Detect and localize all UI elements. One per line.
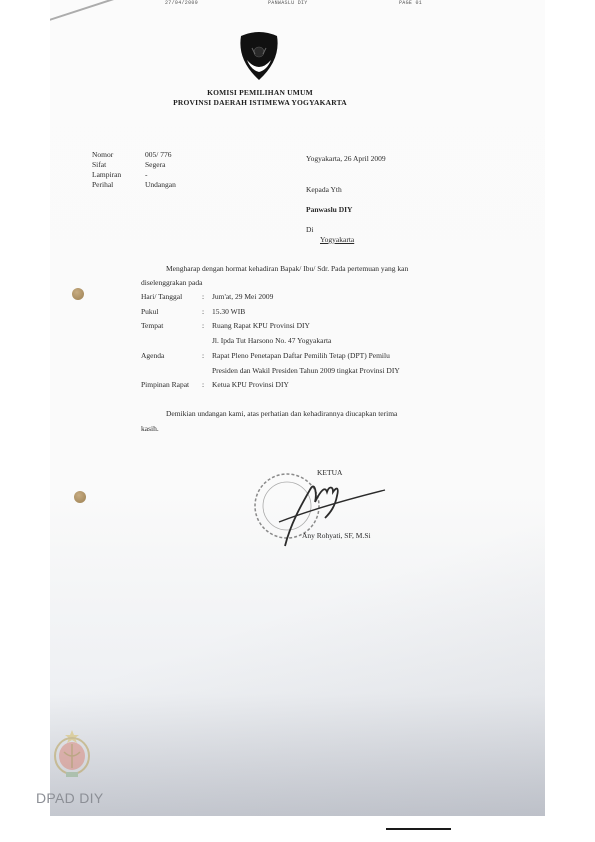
detail-label-time: Pukul bbox=[141, 307, 159, 316]
kpu-emblem-icon bbox=[237, 30, 281, 82]
closing-line-1: Demikian undangan kami, atas perhatian d… bbox=[166, 409, 397, 418]
detail-value-time: 15.30 WIB bbox=[212, 307, 245, 316]
detail-label-chair: Pimpinan Rapat bbox=[141, 380, 189, 389]
detail-sep-place: : bbox=[202, 321, 204, 330]
meta-label-perihal: Perihal bbox=[92, 180, 113, 189]
fax-header-date: 27/04/2009 bbox=[165, 0, 198, 6]
meta-value-perihal: Undangan bbox=[145, 180, 176, 189]
recipient-salutation: Kepada Yth bbox=[306, 185, 342, 194]
detail-sep-chair: : bbox=[202, 380, 204, 389]
opening-line-1: Mengharap dengan hormat kehadiran Bapak/… bbox=[166, 264, 408, 273]
scanned-document-page: 27/04/2009 PANWASLU DIY PAGE 01 KOMISI P… bbox=[50, 0, 545, 816]
detail-value-agenda-cont: Presiden dan Wakil Presiden Tahun 2009 t… bbox=[212, 366, 400, 375]
detail-value-agenda: Rapat Pleno Penetapan Daftar Pemilih Tet… bbox=[212, 351, 390, 360]
punch-hole-top bbox=[72, 288, 84, 300]
detail-value-place: Ruang Rapat KPU Provinsi DIY bbox=[212, 321, 310, 330]
fax-header-page: PAGE 01 bbox=[399, 0, 422, 6]
detail-label-place: Tempat bbox=[141, 321, 163, 330]
meta-label-sifat: Sifat bbox=[92, 160, 106, 169]
opening-line-2: diselenggrakan pada bbox=[141, 278, 202, 287]
scan-shading bbox=[50, 0, 545, 816]
fax-header-sender: PANWASLU DIY bbox=[268, 0, 308, 6]
detail-value-place-address: Jl. Ipda Tut Harsono No. 47 Yogyakarta bbox=[212, 336, 331, 345]
meta-value-sifat: Segera bbox=[145, 160, 165, 169]
meta-label-lampiran: Lampiran bbox=[92, 170, 121, 179]
org-province: PROVINSI DAERAH ISTIMEWA YOGYAKARTA bbox=[50, 98, 470, 107]
recipient-city: Yogyakarta bbox=[320, 235, 354, 244]
bottom-rule bbox=[386, 828, 451, 830]
detail-sep-agenda: : bbox=[202, 351, 204, 360]
closing-line-2: kasih. bbox=[141, 424, 159, 433]
diy-coat-of-arms-icon bbox=[52, 728, 92, 780]
detail-value-chair: Ketua KPU Provinsi DIY bbox=[212, 380, 289, 389]
place-date: Yogyakarta, 26 April 2009 bbox=[306, 154, 386, 163]
signature-name: Any Rohyati, SF, M.Si bbox=[302, 531, 371, 540]
meta-value-nomor: 005/ 776 bbox=[145, 150, 171, 159]
detail-sep-date: : bbox=[202, 292, 204, 301]
meta-label-nomor: Nomor bbox=[92, 150, 113, 159]
signature-title: KETUA bbox=[317, 468, 342, 477]
meta-value-lampiran: - bbox=[145, 170, 148, 179]
detail-sep-time: : bbox=[202, 307, 204, 316]
recipient-name: Panwaslu DIY bbox=[306, 205, 352, 214]
recipient-at: Di bbox=[306, 225, 314, 234]
detail-label-agenda: Agenda bbox=[141, 351, 164, 360]
detail-value-date: Jum'at, 29 Mei 2009 bbox=[212, 292, 273, 301]
watermark-label: DPAD DIY bbox=[36, 790, 104, 806]
punch-hole-bottom bbox=[74, 491, 86, 503]
detail-label-date: Hari/ Tanggal bbox=[141, 292, 182, 301]
org-name: KOMISI PEMILIHAN UMUM bbox=[50, 88, 470, 97]
